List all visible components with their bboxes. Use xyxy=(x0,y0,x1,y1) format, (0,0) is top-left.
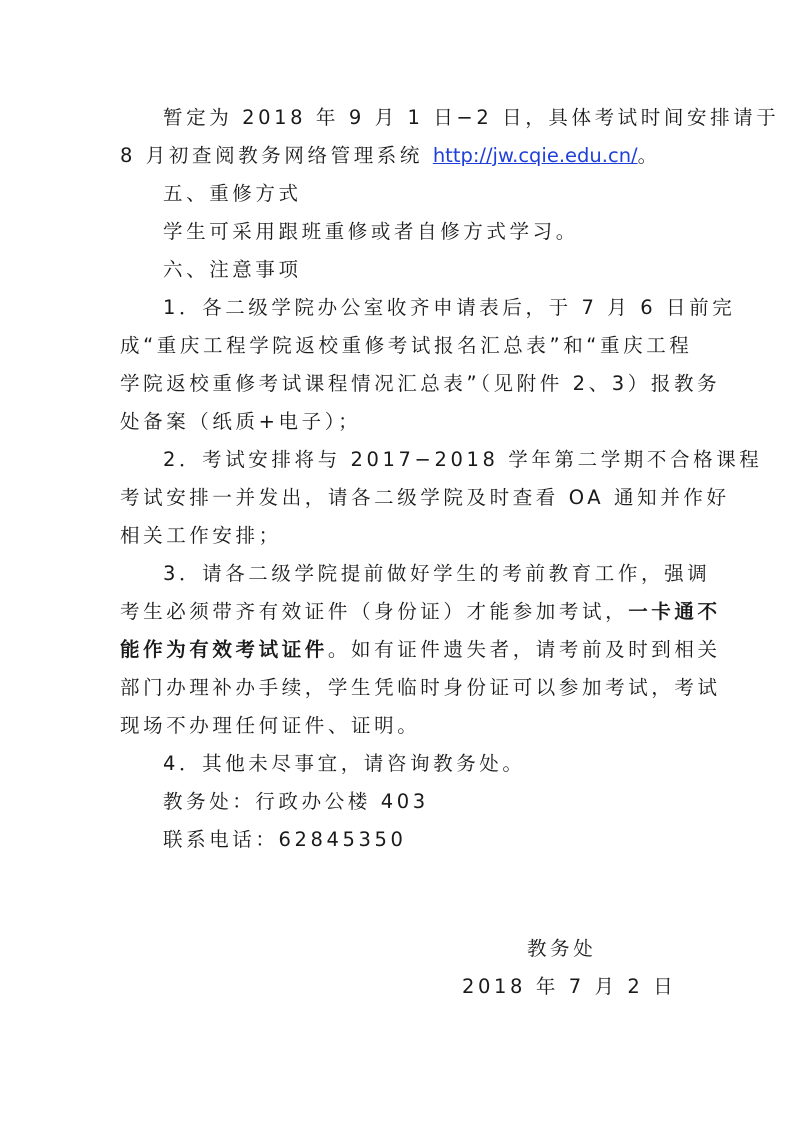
contact-office: 教务处：行政办公楼 403 xyxy=(163,790,723,814)
item2-line-1: 2．考试安排将与 2017−2018 学年第二学期不合格课程 xyxy=(163,448,723,472)
item3-line-3: 能作为有效考试证件。如有证件遗失者，请考前及时到相关 xyxy=(120,638,680,662)
exam-time-line-2-text: 8 月初查阅教务网络管理系统 xyxy=(120,144,433,167)
item4-line: 4．其他未尽事宜，请咨询教务处。 xyxy=(163,752,723,776)
signature-issuer: 教务处 xyxy=(527,937,647,961)
item3-line-5: 现场不办理任何证件、证明。 xyxy=(120,714,680,738)
exam-time-line-2: 8 月初查阅教务网络管理系统 http://jw.cqie.edu.cn/。 xyxy=(120,144,680,168)
contact-phone: 联系电话：62845350 xyxy=(163,828,723,852)
item1-line-3: 学院返校重修考试课程情况汇总表”（见附件 2、3）报教务 xyxy=(120,372,680,396)
item3-line-4: 部门办理补办手续，学生凭临时身份证可以参加考试，考试 xyxy=(120,676,680,700)
item3-emphasis-start: 一卡通不 xyxy=(628,600,720,623)
section6-heading: 六、注意事项 xyxy=(163,258,723,282)
item1-line-1: 1．各二级学院办公室收齐申请表后，于 7 月 6 日前完 xyxy=(163,296,723,320)
item3-emphasis-end: 能作为有效考试证件 xyxy=(120,638,328,661)
item2-line-2: 考试安排一并发出，请各二级学院及时查看 OA 通知并作好 xyxy=(120,486,680,510)
section5-body: 学生可采用跟班重修或者自修方式学习。 xyxy=(163,220,723,244)
item3-line-2-text: 考生必须带齐有效证件（身份证）才能参加考试， xyxy=(120,600,628,623)
exam-time-line-2-suffix: 。 xyxy=(638,144,661,167)
document-page: 暂定为 2018 年 9 月 1 日−2 日，具体考试时间安排请于 8 月初查阅… xyxy=(0,0,793,1122)
item1-line-2: 成“重庆工程学院返校重修考试报名汇总表”和“重庆工程 xyxy=(120,334,680,358)
section5-heading: 五、重修方式 xyxy=(163,182,723,206)
item3-line-1: 3．请各二级学院提前做好学生的考前教育工作，强调 xyxy=(163,562,723,586)
item3-line-2: 考生必须带齐有效证件（身份证）才能参加考试，一卡通不 xyxy=(120,600,680,624)
item3-line-3-text: 。如有证件遗失者，请考前及时到相关 xyxy=(328,638,721,661)
item2-line-3: 相关工作安排； xyxy=(120,524,680,548)
exam-time-line-1: 暂定为 2018 年 9 月 1 日−2 日，具体考试时间安排请于 xyxy=(163,106,723,130)
signature-date: 2018 年 7 月 2 日 xyxy=(462,975,662,999)
item1-line-4: 处备案（纸质+电子）； xyxy=(120,410,680,434)
jw-system-link[interactable]: http://jw.cqie.edu.cn/ xyxy=(433,144,638,167)
